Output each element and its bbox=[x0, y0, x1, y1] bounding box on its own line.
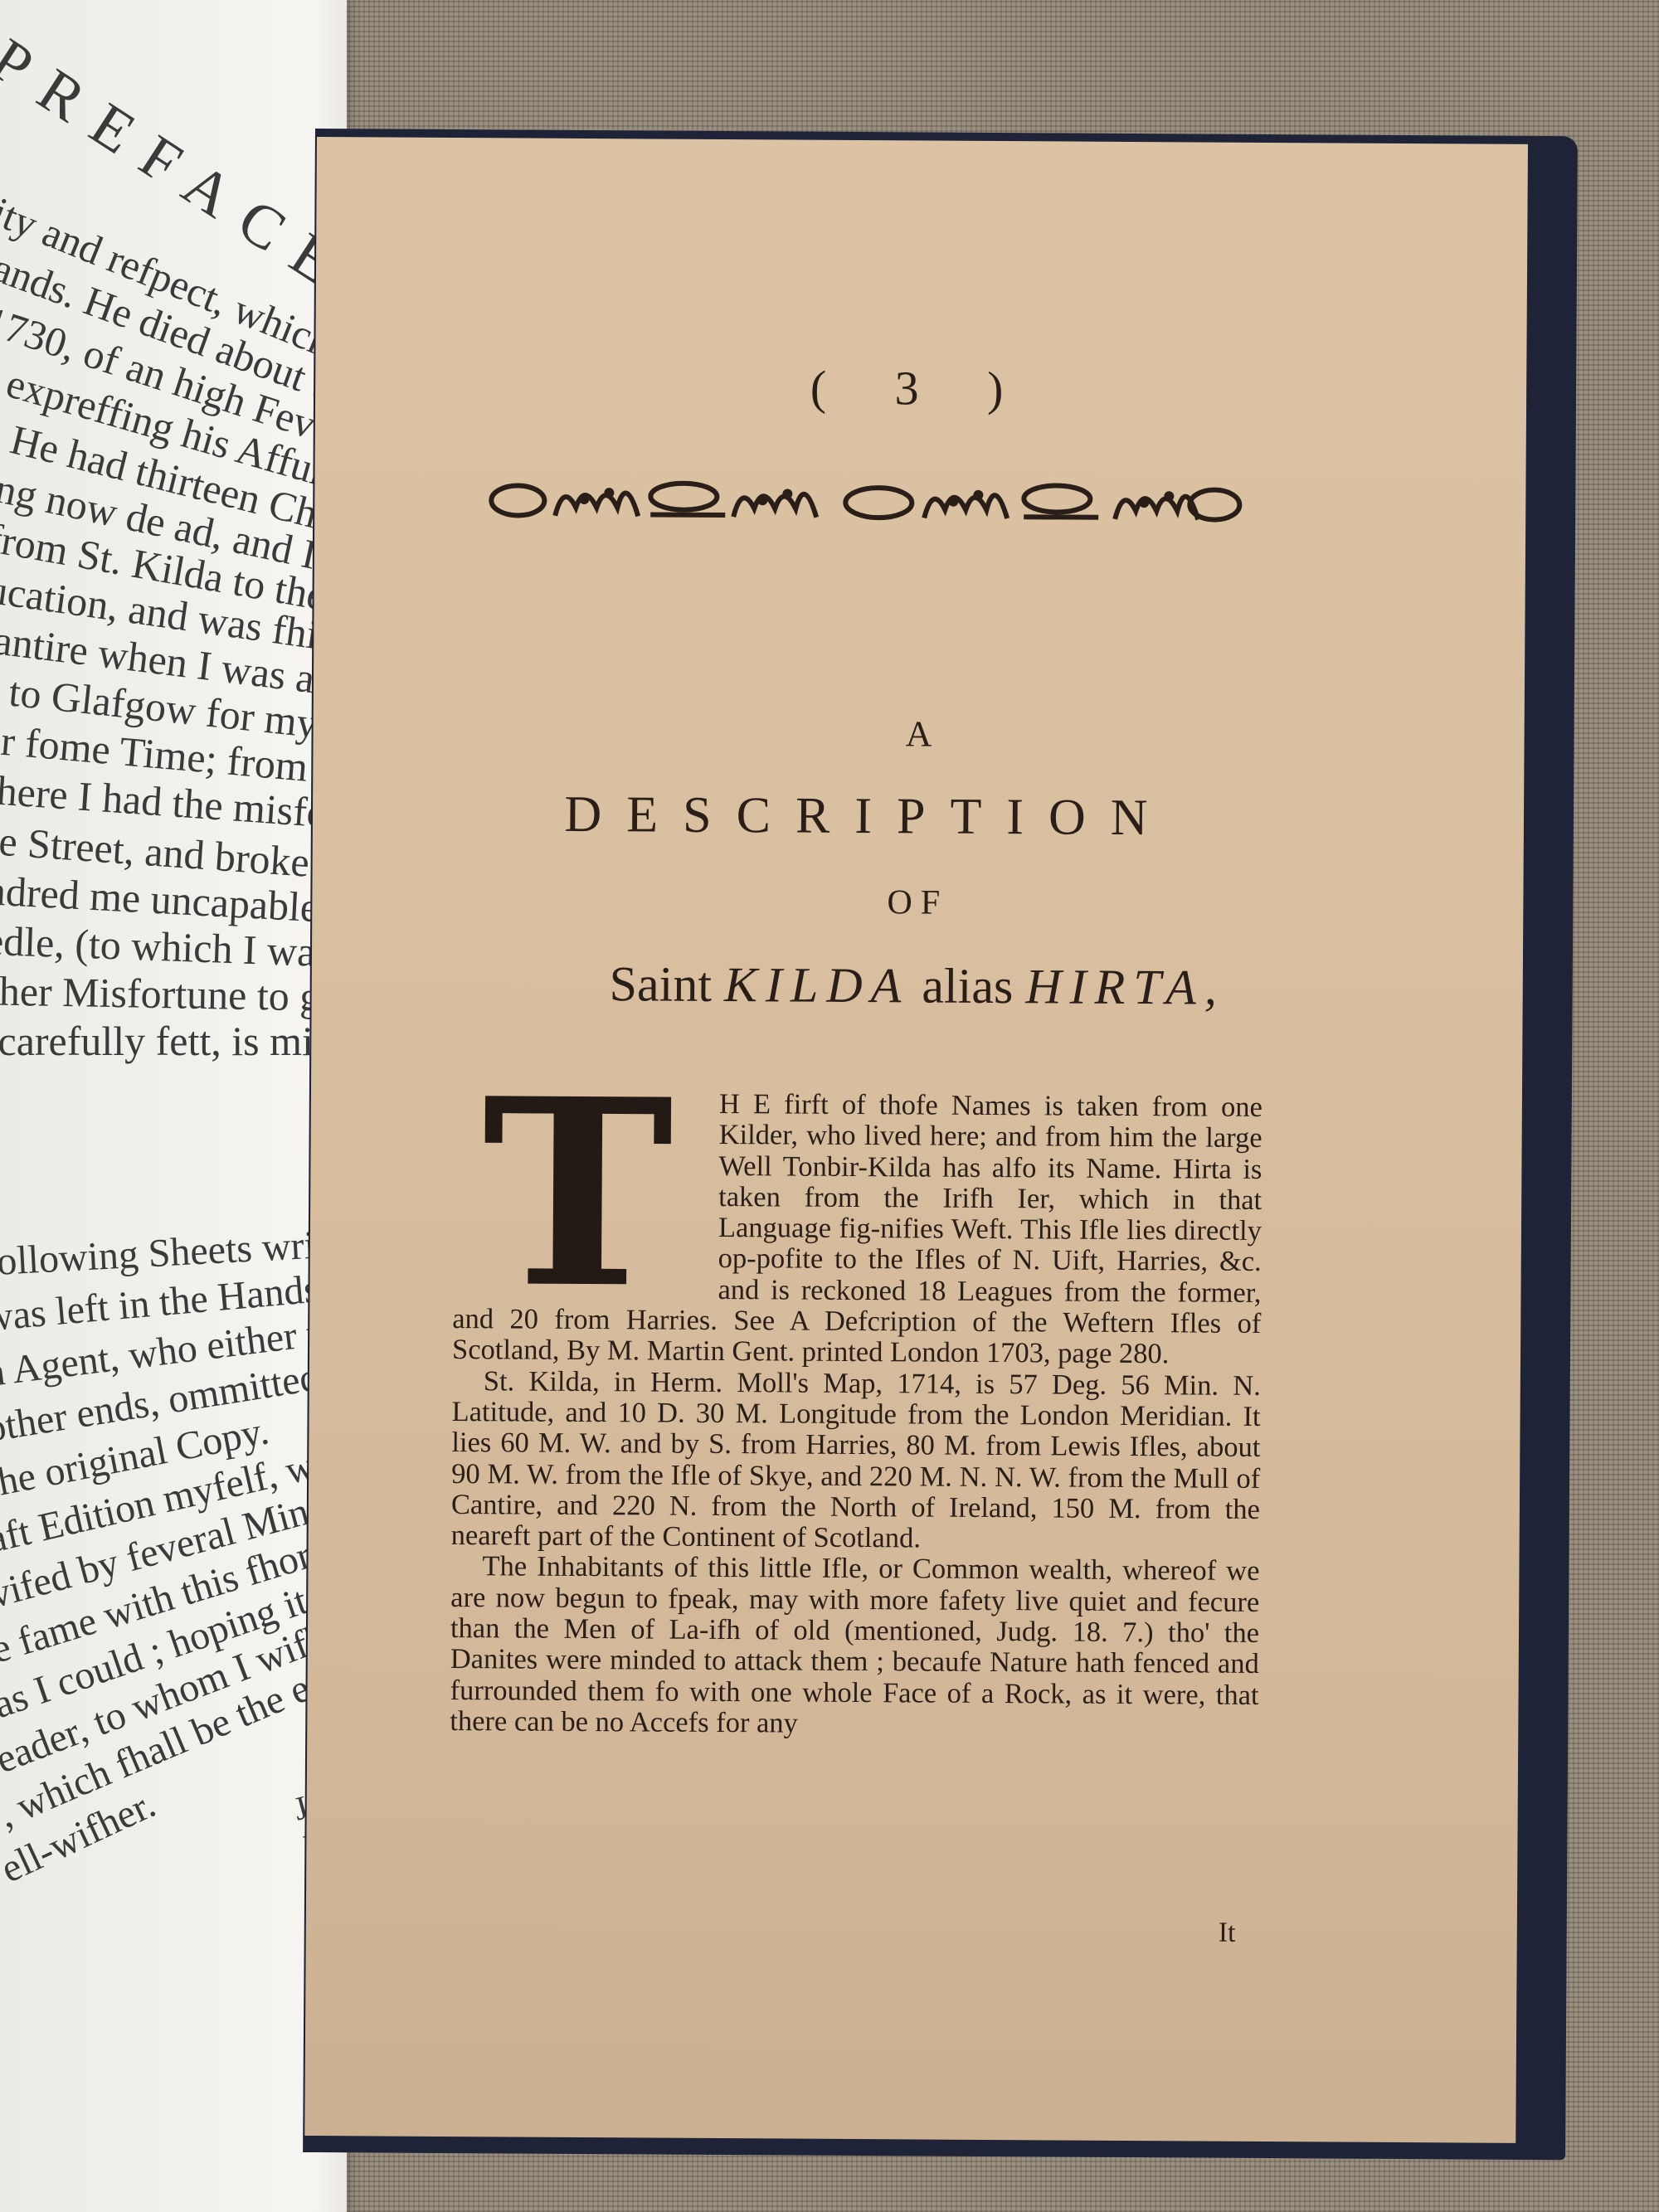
page-number: ( 3 ) bbox=[315, 357, 1526, 420]
title-saint-kilda: Saint KILDA alias HIRTA, bbox=[312, 954, 1523, 1018]
preface-line: g carefully fett, is mighty u bbox=[0, 1017, 347, 1066]
facing-preface-page: PREFACE ality and refpect, which are Han… bbox=[0, 0, 347, 2212]
preface-text-lower: following Sheets written w was left in t… bbox=[0, 1228, 347, 1805]
title-hirta: HIRTA, bbox=[1025, 959, 1225, 1014]
preface-line: other Misfortune to get my bbox=[0, 966, 347, 1023]
paragraph-2: St. Kilda, in Herm. Moll's Map, 1714, is… bbox=[451, 1366, 1261, 1557]
preface-text-upper: ality and refpect, which are Hands. He d… bbox=[0, 174, 347, 1006]
body-text: T H E firft of thofe Names is taken from… bbox=[450, 1087, 1262, 1742]
catchword: It bbox=[1219, 1918, 1236, 1949]
paragraph-3: The Inhabitants of this little Ifle, or … bbox=[450, 1551, 1259, 1742]
title-article: A bbox=[313, 709, 1524, 759]
title-kilda: KILDA bbox=[724, 957, 910, 1013]
text-page: ( 3 ) A DESCRIPTION OF Saint KILDA alias… bbox=[304, 137, 1528, 2143]
ornament-band-icon bbox=[484, 474, 1248, 527]
drop-cap: T bbox=[452, 1094, 703, 1305]
title-alias: alias bbox=[909, 958, 1025, 1014]
title-description: DESCRIPTION bbox=[479, 785, 1258, 848]
title-prefix: Saint bbox=[609, 956, 724, 1012]
title-of: OF bbox=[312, 879, 1523, 926]
